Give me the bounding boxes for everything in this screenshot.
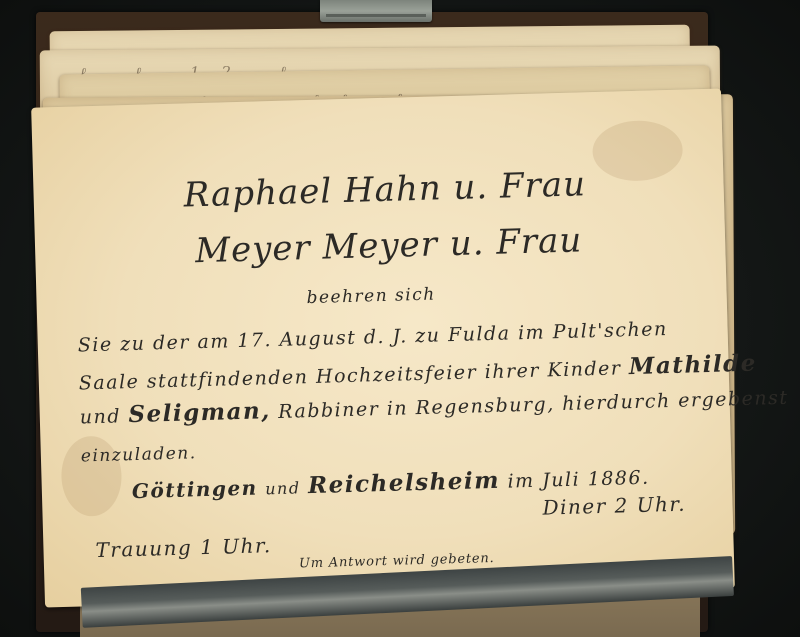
- photo-scene: ℓ ℓ 12 ℓ ℓ o ℓℓ ℓ ℓ ℓ ℓ ℓ ℓ ℓ Raphael Ha…: [0, 0, 800, 637]
- place-reichelsheim: Reichelsheim: [308, 467, 501, 499]
- place-goettingen: Göttingen: [132, 476, 258, 504]
- invitation-card: Raphael Hahn u. Frau Meyer Meyer u. Frau…: [31, 88, 735, 607]
- bride-name: Mathilde: [629, 350, 758, 381]
- host-line-2: Meyer Meyer u. Frau: [195, 220, 583, 271]
- body-line-4: einzuladen.: [81, 443, 197, 466]
- paper-stain: [592, 120, 684, 182]
- body-line-3-post: Rabbiner in Regensburg, hierdurch ergebe…: [278, 387, 789, 423]
- body-line-1: Sie zu der am 17. August d. J. zu Fulda …: [78, 318, 668, 356]
- place-connector: und: [265, 478, 301, 498]
- dinner-time: Diner 2 Uhr.: [542, 492, 686, 520]
- intro-text: beehren sich: [306, 285, 436, 309]
- body-line-3-pre: und: [80, 405, 122, 428]
- groom-name: Seligman,: [128, 397, 271, 428]
- invitation-date: im Juli 1886.: [507, 467, 650, 493]
- ceremony-time: Trauung 1 Uhr.: [95, 533, 272, 562]
- album-clasp: [320, 0, 432, 22]
- host-line-1: Raphael Hahn u. Frau: [183, 164, 586, 215]
